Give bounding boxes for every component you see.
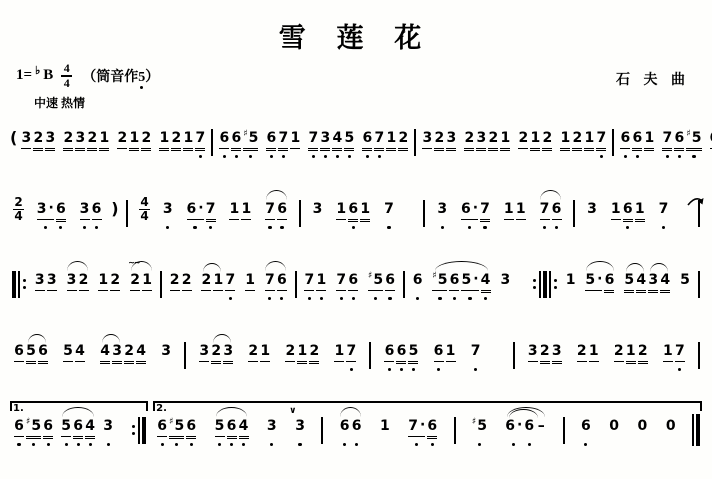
note-group: 6712 bbox=[361, 117, 409, 160]
note-digit: 1 bbox=[213, 271, 223, 289]
beam-lines bbox=[624, 289, 634, 296]
beam-lines bbox=[67, 289, 77, 296]
beam-lines bbox=[14, 360, 24, 367]
note-digit: 1 bbox=[260, 342, 270, 360]
note: – bbox=[535, 417, 547, 448]
note-digit: 1 bbox=[98, 271, 108, 289]
beam-line bbox=[85, 438, 95, 439]
note-digit: 2 bbox=[614, 342, 624, 360]
note: 2 bbox=[539, 342, 551, 373]
note-digit: 6 bbox=[352, 417, 362, 435]
octave-zone bbox=[624, 154, 627, 160]
beam-line bbox=[644, 150, 654, 151]
note-digit: 6 bbox=[450, 271, 460, 289]
beam-line bbox=[434, 148, 444, 149]
octave-zone bbox=[190, 442, 193, 448]
beam-lines bbox=[229, 218, 239, 225]
parenthesis: ) bbox=[111, 199, 118, 218]
note-group: 6♯56 bbox=[13, 405, 54, 448]
beam-line bbox=[360, 221, 370, 222]
beam-line bbox=[37, 219, 54, 220]
note-group: 7 bbox=[383, 188, 395, 231]
beam-line bbox=[73, 438, 83, 439]
note-glyph: 2 bbox=[540, 342, 550, 360]
low-octave-dot-icon bbox=[512, 443, 515, 446]
beam-lines bbox=[396, 360, 406, 367]
beam-lines bbox=[422, 147, 432, 154]
note-digit: 3 bbox=[267, 417, 277, 435]
beam-lines bbox=[374, 147, 384, 154]
octave-zone bbox=[242, 442, 245, 448]
note-glyph: 3 bbox=[295, 417, 305, 435]
meter-numerator: 4 bbox=[64, 63, 70, 74]
low-octave-dot-icon bbox=[308, 297, 311, 300]
beam-lines bbox=[604, 289, 614, 296]
beam-line bbox=[266, 150, 276, 151]
note: ♯5 bbox=[431, 271, 448, 302]
beam-line bbox=[309, 361, 319, 362]
beam-line bbox=[540, 363, 550, 364]
beam-lines bbox=[239, 435, 249, 442]
beam-line bbox=[344, 148, 354, 149]
beam-lines bbox=[206, 218, 216, 225]
octave-zone bbox=[161, 442, 164, 448]
barline-stroke bbox=[698, 342, 700, 369]
note-group: 3 bbox=[162, 188, 174, 231]
octave-zone bbox=[340, 296, 343, 302]
beam-lines bbox=[38, 360, 48, 367]
note-glyph: 7 bbox=[279, 129, 289, 147]
note: 3 bbox=[44, 129, 56, 160]
note: 1 bbox=[529, 129, 541, 160]
note-glyph: 1 bbox=[297, 342, 307, 360]
beam-line bbox=[182, 290, 192, 291]
note-glyph: 0 bbox=[609, 417, 619, 435]
barline bbox=[532, 271, 558, 298]
note: 6 bbox=[622, 200, 634, 231]
barline-stroke bbox=[369, 342, 371, 369]
note-digit: 1 bbox=[297, 342, 307, 360]
beam-lines bbox=[585, 289, 602, 296]
note-digit: 5 bbox=[63, 342, 73, 360]
note: 1 bbox=[359, 200, 371, 231]
note-digit: 3 bbox=[47, 271, 57, 289]
note-group: 161 bbox=[335, 188, 371, 231]
note-digit: 2 bbox=[124, 342, 134, 360]
beam-lines bbox=[505, 435, 522, 442]
low-octave-dot-icon bbox=[348, 155, 351, 158]
note-digit: 2 bbox=[309, 342, 319, 360]
note: 6 bbox=[13, 342, 25, 373]
beam-line bbox=[35, 290, 45, 291]
octave-zone bbox=[388, 367, 391, 373]
beam-lines bbox=[112, 360, 122, 367]
note-glyph: 2 bbox=[182, 271, 192, 289]
note-group: 656 bbox=[13, 330, 49, 373]
beam-lines bbox=[215, 435, 225, 442]
note: 2 bbox=[140, 129, 152, 160]
beam-lines bbox=[33, 147, 43, 154]
parenthesis: ( bbox=[10, 128, 17, 147]
barline-stroke bbox=[403, 271, 405, 298]
octave-zone bbox=[441, 225, 444, 231]
beam-lines bbox=[352, 435, 362, 442]
note-glyph: 1 bbox=[99, 129, 109, 147]
octave-zone bbox=[543, 225, 546, 231]
beam-line bbox=[648, 292, 658, 293]
beam-line bbox=[14, 361, 24, 362]
note-digit: 1 bbox=[183, 129, 193, 147]
low-octave-dot-icon bbox=[17, 443, 20, 446]
beam-lines bbox=[80, 218, 90, 225]
note-digit: 2 bbox=[489, 129, 499, 147]
low-octave-dot-icon bbox=[298, 443, 301, 446]
note-glyph: 1 bbox=[245, 271, 255, 289]
note-glyph: 1 bbox=[360, 200, 370, 218]
beam-lines bbox=[660, 289, 670, 296]
note: 6 bbox=[523, 417, 535, 448]
note-digit: 2 bbox=[117, 129, 127, 147]
beam-lines bbox=[278, 147, 288, 154]
note: 2 bbox=[284, 342, 296, 373]
note-digit: 6 bbox=[277, 200, 287, 218]
note-glyph: 6 bbox=[524, 417, 534, 435]
octave-zone bbox=[107, 442, 110, 448]
note-digit: 1 bbox=[645, 129, 655, 147]
beam-lines bbox=[427, 435, 437, 442]
note-glyph: 5 bbox=[63, 342, 73, 360]
note: 1 bbox=[610, 200, 622, 231]
note-digit: 4 bbox=[660, 271, 670, 289]
beam-lines bbox=[159, 147, 169, 154]
beam-line bbox=[660, 290, 670, 291]
beam-line bbox=[63, 148, 73, 149]
note: 1 bbox=[335, 200, 347, 231]
beam-line bbox=[540, 219, 550, 220]
note-digit: 6 bbox=[524, 417, 534, 435]
beam-line bbox=[332, 150, 342, 151]
octave-zone bbox=[298, 442, 301, 448]
note: 5 bbox=[25, 342, 37, 373]
octave-zone bbox=[478, 442, 481, 448]
note-digit: 5 bbox=[174, 417, 184, 435]
note-digit: 4 bbox=[100, 342, 110, 360]
beam-line bbox=[623, 221, 633, 222]
augmentation-dot-icon: · bbox=[198, 200, 203, 216]
octave-zone bbox=[230, 442, 233, 448]
low-octave-dot-icon bbox=[336, 155, 339, 158]
beam-line bbox=[223, 363, 233, 364]
barline-stroke bbox=[414, 129, 416, 156]
note-group: 3·6 bbox=[36, 188, 67, 231]
note: 2 bbox=[308, 342, 320, 373]
beam-line bbox=[384, 361, 394, 362]
beam-line bbox=[45, 148, 55, 149]
barline bbox=[454, 417, 456, 444]
note-glyph: 2 bbox=[110, 271, 120, 289]
note-digit: 4 bbox=[333, 129, 343, 147]
note: 1 bbox=[141, 271, 153, 302]
low-octave-dot-icon bbox=[324, 155, 327, 158]
low-octave-dot-icon bbox=[89, 443, 92, 446]
note-group: 323 bbox=[198, 330, 234, 373]
repeat-dots-icon bbox=[554, 279, 557, 289]
note-glyph: 6 bbox=[92, 200, 102, 218]
note: 6 bbox=[226, 417, 238, 448]
note-glyph: 6 bbox=[427, 417, 437, 435]
note: 2 bbox=[181, 271, 193, 302]
beam-lines bbox=[47, 289, 57, 296]
barline-stroke bbox=[696, 414, 700, 446]
low-octave-dot-icon bbox=[175, 443, 178, 446]
note-digit: 2 bbox=[182, 271, 192, 289]
note-digit: 6 bbox=[427, 417, 437, 435]
note: 2 bbox=[571, 129, 583, 160]
beam-lines bbox=[674, 147, 684, 154]
note-digit: 5 bbox=[692, 129, 702, 147]
beam-line bbox=[201, 290, 211, 291]
note-digit: 7 bbox=[279, 129, 289, 147]
volta-bracket: 1.6♯565643 bbox=[10, 401, 148, 448]
note-glyph: 6 bbox=[675, 129, 685, 147]
beam-line bbox=[33, 148, 43, 149]
beam-line bbox=[542, 150, 552, 151]
note-glyph: 3 bbox=[437, 200, 447, 218]
note: 2 bbox=[109, 271, 121, 302]
beam-line bbox=[80, 219, 90, 220]
note-digit: 3 bbox=[161, 342, 171, 360]
note-glyph: ♯5 bbox=[243, 129, 258, 147]
octave-zone bbox=[600, 154, 603, 160]
beam-line bbox=[142, 290, 152, 291]
note-glyph: 6 bbox=[434, 342, 444, 360]
low-octave-dot-icon bbox=[44, 226, 47, 229]
note-glyph: 6 bbox=[413, 271, 423, 289]
beam-lines bbox=[157, 435, 167, 442]
beam-lines bbox=[644, 147, 654, 154]
beam-lines bbox=[171, 147, 181, 154]
beam-lines bbox=[241, 218, 251, 225]
note-digit: 4 bbox=[85, 417, 95, 435]
beam-lines bbox=[464, 147, 474, 154]
octave-zone bbox=[270, 154, 273, 160]
note: 6 bbox=[218, 129, 230, 160]
octave-zone bbox=[366, 154, 369, 160]
beam-line bbox=[129, 150, 139, 151]
breath-mark-icon: ∨ bbox=[289, 406, 296, 416]
note-digit: 6 bbox=[581, 417, 591, 435]
beam-line bbox=[73, 436, 83, 437]
tong-note: 5 bbox=[138, 70, 145, 86]
barline-stroke bbox=[142, 417, 146, 444]
low-octave-dot-icon bbox=[662, 226, 665, 229]
beam-lines bbox=[686, 147, 701, 154]
note-group: 17 bbox=[662, 330, 686, 373]
beam-line bbox=[368, 290, 383, 291]
note-digit: 2 bbox=[399, 129, 409, 147]
note-digit: 3 bbox=[477, 129, 487, 147]
beam-line bbox=[239, 438, 249, 439]
note-digit: 1 bbox=[380, 417, 390, 435]
beam-lines bbox=[408, 360, 418, 367]
octave-zone bbox=[336, 154, 339, 160]
beam-line bbox=[336, 290, 346, 291]
octave-zone bbox=[374, 296, 377, 302]
note: 7 bbox=[335, 271, 347, 302]
beam-lines bbox=[187, 218, 204, 225]
note-digit: 6 bbox=[43, 417, 53, 435]
beam-line bbox=[635, 219, 645, 220]
note-digit: 1 bbox=[611, 200, 621, 218]
note: ♯5 bbox=[685, 129, 702, 160]
beam-line bbox=[320, 150, 330, 151]
note: 2 bbox=[62, 129, 74, 160]
note-glyph: 7 bbox=[347, 342, 357, 360]
note: 2 bbox=[32, 129, 44, 160]
low-octave-dot-icon bbox=[209, 226, 212, 229]
barline-stroke bbox=[184, 342, 186, 369]
note: 1 bbox=[503, 200, 515, 231]
note-glyph: 7 bbox=[375, 129, 385, 147]
note-group: 11 bbox=[228, 188, 252, 231]
beam-lines bbox=[295, 435, 305, 442]
sharp-icon: ♯ bbox=[432, 271, 436, 281]
beam-line bbox=[552, 361, 562, 362]
note-group: 32 bbox=[66, 259, 90, 302]
note: 5 bbox=[214, 417, 226, 448]
note: 2 bbox=[169, 271, 181, 302]
octave-zone bbox=[218, 442, 221, 448]
note-digit: 2 bbox=[638, 342, 648, 360]
octave-zone bbox=[528, 442, 531, 448]
note: 2 bbox=[463, 129, 475, 160]
low-octave-dot-icon bbox=[235, 155, 238, 158]
barline-stroke bbox=[138, 417, 140, 444]
beam-lines bbox=[98, 289, 108, 296]
octave-zone bbox=[483, 225, 486, 231]
beam-lines bbox=[336, 218, 346, 225]
beam-lines bbox=[635, 218, 645, 225]
note-group: 5 bbox=[679, 259, 691, 302]
octave-zone bbox=[348, 154, 351, 160]
note-group: 21 bbox=[576, 330, 600, 373]
note-digit: 2 bbox=[33, 129, 43, 147]
beam-lines bbox=[87, 147, 97, 154]
beam-line bbox=[620, 148, 630, 149]
note-digit: 6 bbox=[605, 271, 615, 289]
beam-lines bbox=[248, 360, 258, 367]
note: 6 bbox=[619, 129, 631, 160]
note: 3 bbox=[527, 342, 539, 373]
note-glyph: 6 bbox=[552, 200, 562, 218]
beam-line bbox=[638, 361, 648, 362]
note-group: 671 bbox=[265, 117, 301, 160]
beam-lines bbox=[368, 289, 383, 296]
barline-stroke bbox=[549, 271, 551, 298]
barline bbox=[698, 271, 700, 298]
beam-lines bbox=[136, 360, 146, 367]
note: 7 bbox=[345, 342, 357, 373]
note-digit: 1 bbox=[585, 129, 595, 147]
note-digit: 7 bbox=[663, 129, 673, 147]
note: 1 bbox=[643, 129, 655, 160]
note: 1 bbox=[296, 342, 308, 373]
beam-lines bbox=[79, 289, 89, 296]
note: 1 bbox=[212, 271, 224, 302]
note-digit: 7 bbox=[305, 271, 315, 289]
note-glyph: 5 bbox=[624, 271, 634, 289]
note: 1 bbox=[379, 417, 391, 448]
beam-line bbox=[56, 219, 66, 220]
octave-zone bbox=[431, 442, 434, 448]
note-digit: 7 bbox=[206, 200, 216, 218]
barline-stroke bbox=[573, 200, 575, 227]
octave-zone bbox=[468, 296, 471, 302]
note-glyph: 3 bbox=[477, 129, 487, 147]
sharp-icon: ♯ bbox=[26, 417, 30, 427]
low-octave-dot-icon bbox=[678, 155, 681, 158]
beam-line bbox=[464, 148, 474, 149]
note-digit: 1 bbox=[317, 271, 327, 289]
beam-line bbox=[100, 361, 110, 362]
beam-line bbox=[26, 436, 41, 437]
beam-lines bbox=[219, 147, 229, 154]
note: 3 bbox=[436, 200, 448, 231]
beam-line bbox=[604, 292, 614, 293]
note-digit: 0 bbox=[638, 417, 648, 435]
note-group: 4324 bbox=[99, 330, 147, 373]
note-digit: 2 bbox=[79, 271, 89, 289]
note: 2 bbox=[116, 129, 128, 160]
note-group: 66 bbox=[339, 405, 363, 448]
beam-lines bbox=[432, 289, 447, 296]
beam-line bbox=[124, 361, 134, 362]
note-digit: 6 bbox=[340, 417, 350, 435]
note-group: 3 bbox=[586, 188, 598, 231]
note-glyph: 1 bbox=[626, 342, 636, 360]
beam-lines bbox=[500, 147, 510, 154]
low-octave-dot-icon bbox=[484, 297, 487, 300]
note-glyph: 5· bbox=[461, 271, 478, 289]
beam-line bbox=[92, 219, 102, 220]
beam-line bbox=[461, 219, 478, 220]
note: 6· bbox=[460, 200, 479, 231]
low-octave-dot-icon bbox=[692, 155, 695, 158]
note: 6 bbox=[72, 417, 84, 448]
beam-lines bbox=[316, 289, 326, 296]
note: 2 bbox=[86, 129, 98, 160]
note-digit: 2 bbox=[519, 129, 529, 147]
beam-lines bbox=[170, 289, 180, 296]
beam-line bbox=[585, 290, 602, 291]
beam-line bbox=[446, 361, 456, 362]
beam-line bbox=[309, 363, 319, 364]
note: 6· bbox=[504, 417, 523, 448]
beam-line bbox=[488, 150, 498, 151]
note: 6 bbox=[347, 200, 359, 231]
octave-zone bbox=[474, 367, 477, 373]
note-glyph: 6 bbox=[277, 271, 287, 289]
note-digit: 3 bbox=[313, 200, 323, 218]
low-octave-dot-icon bbox=[77, 443, 80, 446]
note-glyph: 6 bbox=[633, 129, 643, 147]
note-digit: 2 bbox=[435, 129, 445, 147]
barline-stroke bbox=[539, 271, 541, 298]
note: 4 bbox=[635, 271, 647, 302]
beam-lines bbox=[169, 435, 184, 442]
note-glyph: 6 bbox=[157, 417, 167, 435]
beam-line bbox=[626, 363, 636, 364]
